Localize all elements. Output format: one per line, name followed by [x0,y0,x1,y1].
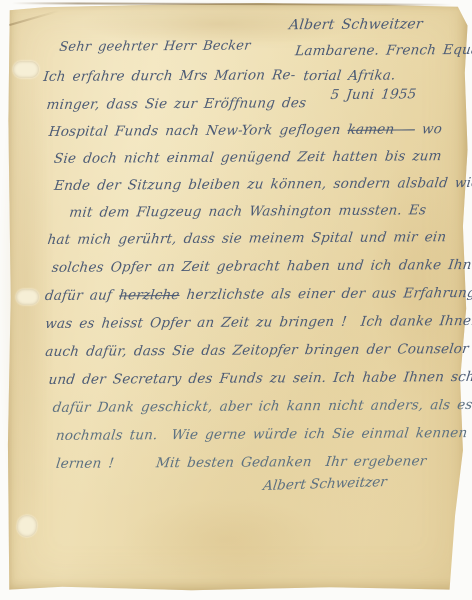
letterhead-name: Albert Schweitzer [288,16,424,33]
crossed-out-word: kamen — [347,121,416,137]
handwritten-line: nochmals tun. Wie gerne würde ich Sie ei… [55,425,468,444]
handwritten-line: auch dafür, dass Sie das Zeitopfer bring… [44,341,469,360]
line-segment: dafür auf [44,287,120,304]
line-segment: Hospital Funds nach New-York geflogen [48,122,349,140]
handwritten-line: und der Secretary des Funds zu sein. Ich… [48,369,472,388]
handwriting-layer: Albert Schweitzer Lambarene. French Equa… [0,0,472,600]
scanned-letter: Albert Schweitzer Lambarene. French Equa… [0,0,472,600]
handwritten-line: dafür Dank geschickt, aber ich kann nich… [52,397,472,416]
line-segment: wo [414,121,443,137]
letterhead-address-line-2: torial Afrika. [303,68,397,85]
handwritten-line: dafür auf herzlche herzlichste als einer… [44,285,472,304]
handwritten-line: Ich erfahre durch Mrs Marion Re- [43,67,297,85]
handwritten-line: Sie doch nicht einmal genügend Zeit hatt… [53,148,442,167]
handwritten-line: was es heisst Opfer an Zeit zu bringen !… [44,313,472,332]
handwritten-line: minger, dass Sie zur Eröffnung des [46,95,307,113]
line-segment: herzlichste als einer der aus Erfahrung … [179,285,472,303]
handwritten-line: Ende der Sitzung bleiben zu können, sond… [53,175,472,194]
handwritten-line: solches Opfer an Zeit gebracht haben und… [51,257,472,276]
letterhead-date: 5 Juni 1955 [330,86,418,103]
signature: Albert Schweitzer [262,474,388,494]
handwritten-line: lernen ! Mit besten Gedanken Ihr ergeben… [55,453,427,472]
handwritten-line: mit dem Flugzeug nach Washington mussten… [68,202,427,221]
crossed-out-word: herzlche [118,287,180,303]
handwritten-line: Hospital Funds nach New-York geflogen ka… [48,121,443,140]
letterhead-address-line-1: Lambarene. French Equa [294,42,472,59]
salutation-line: Sehr geehrter Herr Becker [58,39,251,55]
handwritten-line: hat mich gerührt, dass sie meinem Spital… [47,229,448,248]
